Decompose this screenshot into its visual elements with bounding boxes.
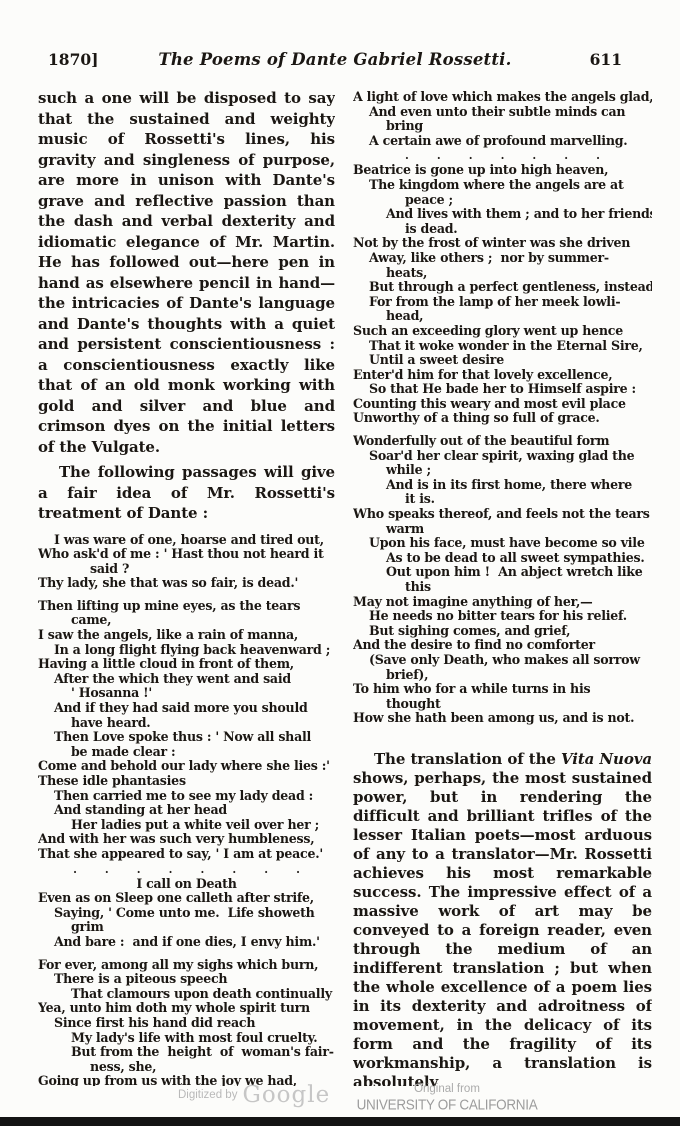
verse-line: I was ware of one, hoarse and tired out, — [38, 533, 335, 548]
verse-line: I call on Death — [38, 877, 335, 892]
two-column-text: such a one will be disposed to say that … — [38, 88, 652, 1086]
digitized-by-label: Digitized by — [178, 1089, 237, 1101]
scan-edge-bar — [0, 1117, 680, 1126]
google-logo: Google — [242, 1084, 330, 1106]
verse-line: A certain awe of profound marvelling. — [353, 134, 652, 149]
verse-line: That clamours upon death continually : — [38, 987, 335, 1002]
verse-line: My lady's life with most foul cruelty. — [38, 1031, 335, 1046]
verse-line: That she appeared to say, ' I am at peac… — [38, 847, 335, 862]
original-from-watermark: Original from UNIVERSITY OF CALIFORNIA — [352, 1083, 542, 1111]
verse-line: Yea, unto him doth my whole spirit turn — [38, 1001, 335, 1016]
verse-line: have heard. — [38, 716, 335, 731]
verse-line: Upon his face, must have become so vile — [353, 536, 652, 551]
verse-line: To him who for a while turns in his — [353, 682, 652, 697]
verse-line: Thy lady, she that was so fair, is dead.… — [38, 576, 335, 591]
running-header: 1870] The Poems of Dante Gabriel Rossett… — [48, 50, 622, 72]
verse-line: But from the height of woman's fair- — [38, 1045, 335, 1060]
verse-line: Then carried me to see my lady dead : — [38, 789, 335, 804]
header-page-number: 611 — [590, 50, 622, 69]
verse-line: while ; — [353, 463, 652, 478]
verse-line: But sighing comes, and grief, — [353, 624, 652, 639]
verse-line: be made clear : — [38, 745, 335, 760]
verse-line: Away, like others ; nor by summer- — [353, 251, 652, 266]
verse-line: Her ladies put a white veil over her ; — [38, 818, 335, 833]
verse-line: After the which they went and said — [38, 672, 335, 687]
verse-line: The kingdom where the angels are at — [353, 178, 652, 193]
verse-line: Soar'd her clear spirit, waxing glad the — [353, 449, 652, 464]
verse-line: But through a perfect gentleness, instea… — [353, 280, 652, 295]
verse-line: heats, — [353, 266, 652, 281]
dots-separator: . . . . . . . . — [38, 862, 335, 877]
stanza-gap — [38, 950, 335, 958]
scanned-book-page: 1870] The Poems of Dante Gabriel Rossett… — [0, 0, 680, 1126]
verse-line: And is in its first home, there where — [353, 478, 652, 493]
verse-line: Not by the frost of winter was she drive… — [353, 236, 652, 251]
verse-line: As to be dead to all sweet sympathies. — [353, 551, 652, 566]
stanza-gap — [38, 591, 335, 599]
verse-line: Who speaks thereof, and feels not the te… — [353, 507, 652, 522]
verse-line: And standing at her head — [38, 803, 335, 818]
verse-block-left: I was ware of one, hoarse and tired out,… — [38, 533, 335, 1087]
verse-line: Beatrice is gone up into high heaven, — [353, 163, 652, 178]
verse-line: He needs no bitter tears for his relief. — [353, 609, 652, 624]
verse-line: Then lifting up mine eyes, as the tears — [38, 599, 335, 614]
verse-line: There is a piteous speech — [38, 972, 335, 987]
verse-line: A light of love which makes the angels g… — [353, 90, 652, 105]
verse-line: In a long flight flying back heavenward … — [38, 643, 335, 658]
verse-line: Since first his hand did reach — [38, 1016, 335, 1031]
stanza-gap — [353, 426, 652, 434]
verse-line: thought — [353, 697, 652, 712]
verse-line: That it woke wonder in the Eternal Sire, — [353, 339, 652, 354]
verse-line: ' Hosanna !' — [38, 686, 335, 701]
verse-line: ness, she, — [38, 1060, 335, 1075]
verse-line: bring — [353, 119, 652, 134]
header-title: The Poems of Dante Gabriel Rossetti. — [48, 50, 622, 69]
right-column: A light of love which makes the angels g… — [353, 88, 652, 1086]
verse-line: Until a sweet desire — [353, 353, 652, 368]
verse-line: warm — [353, 522, 652, 537]
verse-line: grim — [38, 920, 335, 935]
verse-line: How she hath been among us, and is not. — [353, 711, 652, 726]
verse-line: And the desire to find no comforter — [353, 638, 652, 653]
verse-line: For from the lamp of her meek lowli- — [353, 295, 652, 310]
verse-line: Wonderfully out of the beautiful form — [353, 434, 652, 449]
verse-line: Such an exceeding glory went up hence — [353, 324, 652, 339]
verse-line: And with her was such very humbleness, — [38, 832, 335, 847]
digitized-by-google-watermark: Digitized by Google — [178, 1084, 330, 1106]
verse-line: head, — [353, 309, 652, 324]
original-from-label: Original from — [352, 1083, 542, 1096]
verse-line: Counting this weary and most evil place — [353, 397, 652, 412]
prose-paragraph-translation: The translation of the Vita Nuova shows,… — [353, 750, 652, 1086]
verse-line: Even as on Sleep one calleth after strif… — [38, 891, 335, 906]
verse-line: Out upon him ! An abject wretch like — [353, 565, 652, 580]
dots-separator: . . . . . . . — [353, 148, 652, 163]
verse-line: Then Love spoke thus : ' Now all shall — [38, 730, 335, 745]
verse-line: May not imagine anything of her,— — [353, 595, 652, 610]
verse-line: I saw the angels, like a rain of manna, — [38, 628, 335, 643]
verse-line: is dead. — [353, 222, 652, 237]
text-run: The translation of the — [374, 750, 561, 768]
institution-label: UNIVERSITY OF CALIFORNIA — [352, 1097, 542, 1111]
verse-line: said ? — [38, 562, 335, 577]
verse-line: And lives with them ; and to her friends — [353, 207, 652, 222]
verse-line: it is. — [353, 492, 652, 507]
verse-line: Enter'd him for that lovely excellence, — [353, 368, 652, 383]
verse-line: Saying, ' Come unto me. Life showeth — [38, 906, 335, 921]
verse-line: And bare : and if one dies, I envy him.' — [38, 935, 335, 950]
verse-line: So that He bade her to Himself aspire : — [353, 382, 652, 397]
prose-paragraph-continuation: such a one will be disposed to say that … — [38, 88, 335, 457]
prose-paragraph-intro: The following passages will give a fair … — [38, 462, 335, 524]
verse-line: These idle phantasies — [38, 774, 335, 789]
verse-line: And even unto their subtle minds can — [353, 105, 652, 120]
verse-line: For ever, among all my sighs which burn, — [38, 958, 335, 973]
left-column: such a one will be disposed to say that … — [38, 88, 335, 1086]
italic-book-title: Vita Nuova — [561, 750, 652, 768]
verse-line: Having a little cloud in front of them, — [38, 657, 335, 672]
verse-line: brief), — [353, 668, 652, 683]
verse-line: Unworthy of a thing so full of grace. — [353, 411, 652, 426]
text-run: shows, perhaps, the most sustained power… — [353, 769, 652, 1086]
verse-line: (Save only Death, who makes all sorrow — [353, 653, 652, 668]
verse-line: this — [353, 580, 652, 595]
verse-line: peace ; — [353, 193, 652, 208]
verse-line: And if they had said more you should — [38, 701, 335, 716]
verse-block-right: A light of love which makes the angels g… — [353, 90, 652, 726]
verse-line: Come and behold our lady where she lies … — [38, 759, 335, 774]
verse-line: came, — [38, 613, 335, 628]
verse-line: Who ask'd of me : ' Hast thou not heard … — [38, 547, 335, 562]
